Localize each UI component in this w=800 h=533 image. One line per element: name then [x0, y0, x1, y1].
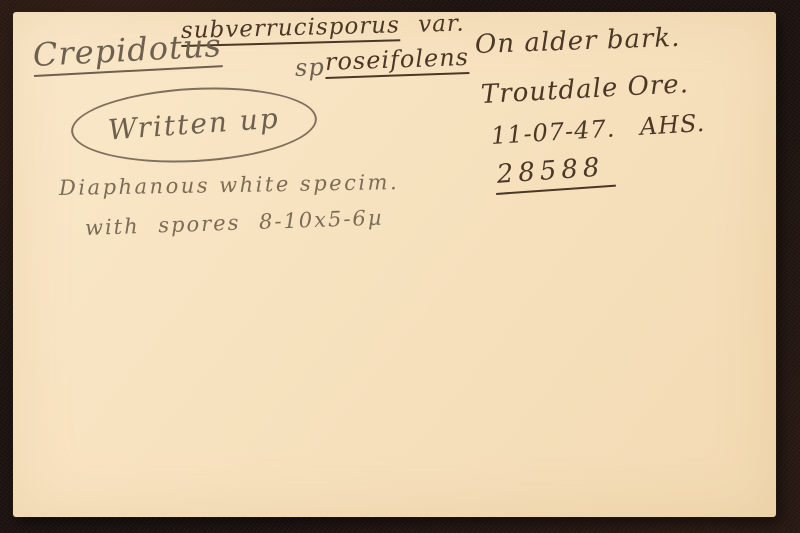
- written-up-circle: Written up: [69, 82, 319, 169]
- photo-background: subverrucisporus var. Crepidotus sp rose…: [0, 0, 800, 533]
- species-insert-line: subverrucisporus var.: [181, 11, 465, 47]
- collection-number-text: 28588: [494, 152, 616, 195]
- substrate-text: On alder bark.: [474, 23, 680, 60]
- sp-abbrev-text: sp: [295, 53, 326, 82]
- description-line-1: Diaphanous white specim.: [59, 170, 400, 200]
- variety-name-text: roseifolens: [324, 43, 469, 79]
- collector-initials-text: AHS.: [639, 109, 706, 141]
- variety-line: roseifolens: [324, 43, 469, 79]
- genus-text: Crepidotus: [32, 26, 223, 77]
- var-abbrev-text: var.: [418, 11, 465, 38]
- date-text: 11-07-47.: [490, 114, 616, 150]
- date-collector-line: 11-07-47. AHS.: [490, 109, 706, 150]
- written-up-text: Written up: [107, 101, 281, 146]
- collection-number-line: 28588: [494, 152, 616, 195]
- index-card: subverrucisporus var. Crepidotus sp rose…: [13, 12, 776, 517]
- description-line-2: with spores 8-10x5-6µ: [85, 206, 384, 240]
- genus-line: Crepidotus: [32, 26, 223, 77]
- locality-text: Troutdale Ore.: [480, 69, 689, 110]
